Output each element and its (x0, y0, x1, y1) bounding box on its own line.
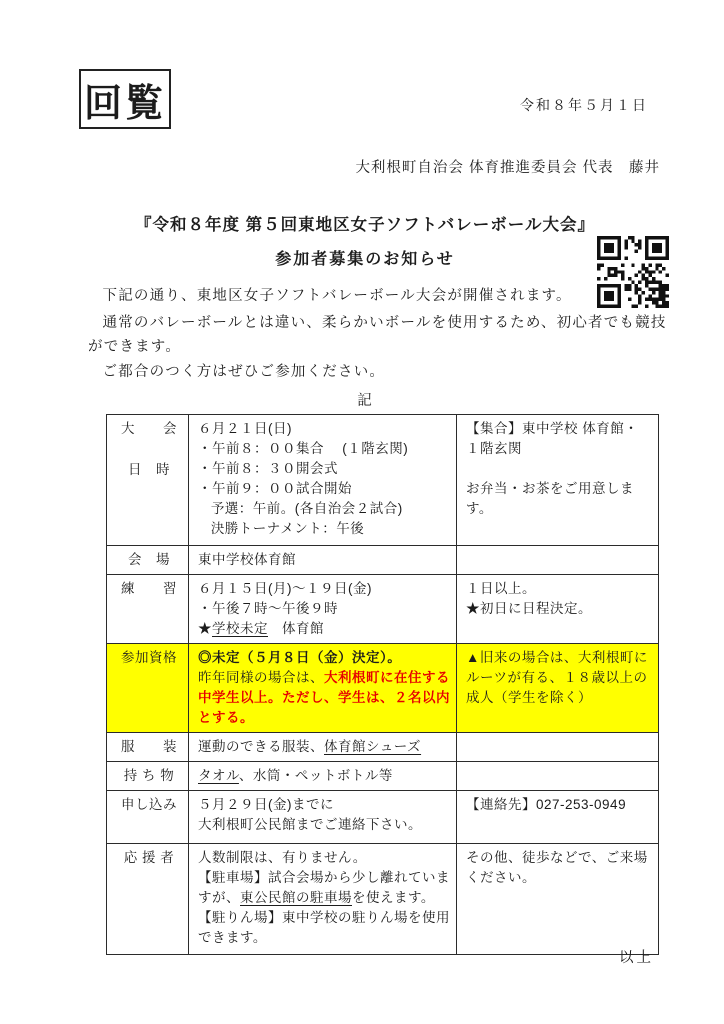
intro-paragraph-2: 通常のバレーボールとは違い、柔らかいボールを使用するため、初心者でも競技ができま… (88, 311, 668, 359)
notice-title: 『令和８年度 第５回東地区女子ソフトバレーボール大会』 (35, 211, 695, 235)
application-deadline: ５月２９日(金)までに (198, 795, 450, 815)
intro-paragraph-1: 下記の通り、東地区女子ソフトバレーボール大会が開催されます。 (88, 284, 668, 308)
label-cell-venue: 会 場 (107, 546, 189, 575)
row-venue: 会 場 東中学校体育館 (107, 546, 659, 575)
event-line: 決勝トーナメント：午後 (198, 519, 450, 539)
practice-line: ・午後７時～午後９時 (198, 599, 450, 619)
closing-text: 以上 (0, 946, 654, 967)
content-cell-event-datetime: ６月２１日(日) ・午前８：００集合 (１階玄関) ・午前８：３０開会式 ・午前… (189, 415, 457, 546)
content-cell-supporters: 人数制限は、有りません。 【駐車場】試合会場から少し離れていますが、東公民館の駐… (189, 844, 457, 955)
belongings-rest: 、水筒・ペットボトル等 (239, 768, 393, 783)
event-line: ・午前９：００試合開始 (198, 479, 450, 499)
label-cell-application: 申し込み (107, 791, 189, 844)
practice-line: ★学校未定 体育館 (198, 619, 450, 639)
label-cell-clothing: 服 装 (107, 733, 189, 762)
clothing-text: 運動のできる服装、 (198, 739, 324, 754)
note-cell-venue (457, 546, 659, 575)
practice-line: ６月１５日(月)～１９日(金) (198, 579, 450, 599)
intro-paragraph-3: ご都合のつく方はぜひご参加ください。 (88, 360, 668, 384)
organizer-line: 大利根町自治会 体育推進委員会 代表 藤井 (0, 156, 660, 177)
note-cell-practice: １日以上。 ★初日に日程決定。 (457, 575, 659, 644)
supporters-parking-underline: 東公民館の駐車場 (240, 890, 352, 905)
application-contact-line: 大利根町公民館までご連絡下さい。 (198, 815, 450, 835)
note-cell-clothing (457, 733, 659, 762)
note-cell-eligibility: ▲旧来の場合は、大利根町にルーツが有る、１８歳以上の成人（学生を除く） (457, 644, 659, 733)
content-cell-belongings: タオル、水筒・ペットボトル等 (189, 762, 457, 791)
row-event-datetime: 大 会 日 時 ６月２１日(日) ・午前８：００集合 (１階玄関) ・午前８：３… (107, 415, 659, 546)
label-cell-practice: 練 習 (107, 575, 189, 644)
content-cell-practice: ６月１５日(月)～１９日(金) ・午後７時～午後９時 ★学校未定 体育館 (189, 575, 457, 644)
note-cell-application: 【連絡先】027-253-0949 (457, 791, 659, 844)
label-cell-belongings: 持 ち 物 (107, 762, 189, 791)
label-cell-eligibility: 参加資格 (107, 644, 189, 733)
event-line: ・午前８：００集合 (１階玄関) (198, 439, 450, 459)
supporters-parking-suffix: を使えます。 (352, 890, 435, 905)
event-note-lunch: お弁当・お茶をご用意します。 (466, 479, 652, 519)
supporters-bicycle: 【駐りん場】東中学校の駐りん場を使用できます。 (198, 908, 450, 948)
notice-subtitle: 参加者募集のお知らせ (35, 246, 695, 269)
row-application: 申し込み ５月２９日(金)までに 大利根町公民館までご連絡下さい。 【連絡先】0… (107, 791, 659, 844)
eligibility-undecided-line: ◎未定（５月８日（金）決定）。 (198, 648, 450, 668)
row-belongings: 持 ち 物 タオル、水筒・ペットボトル等 (107, 762, 659, 791)
practice-gym: 体育館 (268, 621, 324, 636)
practice-note2: ★初日に日程決定。 (466, 599, 652, 619)
row-clothing: 服 装 運動のできる服装、体育館シューズ (107, 733, 659, 762)
record-marker: 記 (35, 389, 695, 410)
note-cell-event-datetime: 【集合】東中学校 体育館・１階玄関 お弁当・お茶をご用意します。 (457, 415, 659, 546)
event-line: ・午前８：３０開会式 (198, 459, 450, 479)
event-line: ６月２１日(日) (198, 419, 450, 439)
event-line: 予選：午前。(各自治会２試合) (198, 499, 450, 519)
label-cell-event-datetime: 大 会 日 時 (107, 415, 189, 546)
event-note-meeting-place: 【集合】東中学校 体育館・１階玄関 (466, 419, 652, 459)
event-label-line1: 大 会 (116, 419, 182, 439)
event-label-line2: 日 時 (116, 460, 182, 480)
eligibility-detail-line: 昨年同様の場合は、大利根町に在住する中学生以上。ただし、学生は、２名以内とする。 (198, 668, 450, 728)
schedule-table: 大 会 日 時 ６月２１日(日) ・午前８：００集合 (１階玄関) ・午前８：３… (106, 414, 659, 955)
content-cell-clothing: 運動のできる服装、体育館シューズ (189, 733, 457, 762)
eligibility-detail-black: 昨年同様の場合は、 (198, 670, 324, 685)
practice-note1: １日以上。 (466, 579, 652, 599)
practice-star: ★ (198, 621, 212, 636)
content-cell-application: ５月２９日(金)までに 大利根町公民館までご連絡下さい。 (189, 791, 457, 844)
note-cell-belongings (457, 762, 659, 791)
clothing-shoes: 体育館シューズ (324, 739, 421, 754)
row-eligibility: 参加資格 ◎未定（５月８日（金）決定）。 昨年同様の場合は、大利根町に在住する中… (107, 644, 659, 733)
practice-school-undecided: 学校未定 (212, 621, 268, 636)
note-cell-supporters: その他、徒歩などで、ご来場ください。 (457, 844, 659, 955)
supporters-limit: 人数制限は、有りません。 (198, 848, 450, 868)
supporters-parking: 【駐車場】試合会場から少し離れていますが、東公民館の駐車場を使えます。 (198, 868, 450, 908)
row-practice: 練 習 ６月１５日(月)～１９日(金) ・午後７時～午後９時 ★学校未定 体育館… (107, 575, 659, 644)
row-supporters: 応 援 者 人数制限は、有りません。 【駐車場】試合会場から少し離れていますが、… (107, 844, 659, 955)
content-cell-eligibility: ◎未定（５月８日（金）決定）。 昨年同様の場合は、大利根町に在住する中学生以上。… (189, 644, 457, 733)
issue-date: 令和８年５月１日 (0, 95, 648, 115)
belongings-towel: タオル (198, 768, 239, 783)
content-cell-venue: 東中学校体育館 (189, 546, 457, 575)
label-cell-supporters: 応 援 者 (107, 844, 189, 955)
